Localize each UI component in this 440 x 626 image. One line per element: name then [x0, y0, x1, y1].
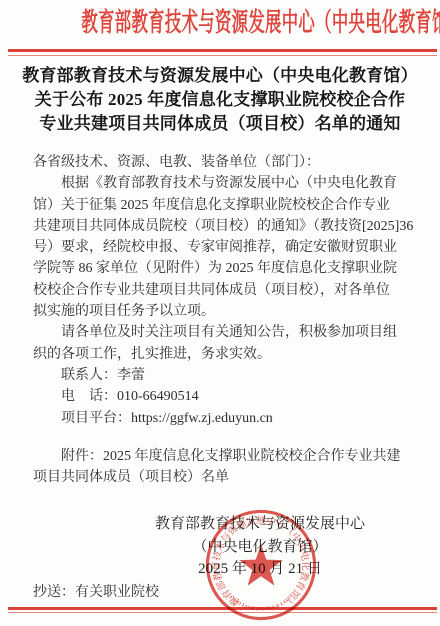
paragraph1-line: 号）要求，经院校申报、专家审阅推荐，确定安徽财贸职业	[33, 237, 412, 258]
letterhead-banner: 教育部教育技术与资源发展中心（中央电化教育馆）函件	[81, 7, 358, 41]
contact-person-line: 联系人：李蕾	[33, 365, 412, 386]
paragraph1-line: 根据《教育部教育技术与资源发展中心（中央电化教育	[33, 173, 412, 194]
paragraph2-line: 织的各项工作，扎实推进，务求实效。	[33, 344, 412, 365]
title-line-1: 教育部教育技术与资源发展中心（中央电化教育馆）	[0, 64, 440, 88]
signature-org-line-2: （中央电化教育馆）	[110, 536, 410, 559]
paragraph1-line: 馆）关于征集 2025 年度信息化支撑职业院校校企合作专业	[33, 195, 412, 216]
document-body: 各省级技术、资源、电教、装备单位（部门）： 根据《教育部教育技术与资源发展中心（…	[33, 152, 412, 488]
seal-code-text: 11010210024187	[227, 594, 295, 612]
signature-date: 2025 年 10 月 21 日	[110, 558, 410, 581]
cc-line: 抄送：有关职业院校	[33, 585, 159, 601]
scanned-document-page: 教育部教育技术与资源发展中心（中央电化教育馆）函件 教育部教育技术与资源发展中心…	[0, 0, 440, 626]
paragraph1-line: 共建项目共同体成员院校（项目校）的通知》（教技资[2025]36	[33, 216, 412, 237]
title-line-2: 关于公布 2025 年度信息化支撑职业院校校企合作	[0, 88, 440, 112]
footer-rule-thick	[8, 607, 437, 610]
title-line-3: 专业共建项目共同体成员（项目校）名单的通知	[0, 112, 440, 136]
paragraph1-line: 校校企合作专业共建项目共同体成员（项目校），对各单位	[33, 280, 412, 301]
footer-rule-thin	[8, 612, 437, 613]
contact-platform-line: 项目平台：https://ggfw.zj.eduyun.cn	[33, 408, 412, 429]
paragraph1-line: 学院等 86 家单位（见附件）为 2025 年度信息化支撑职业院	[33, 258, 412, 279]
contact-phone-line: 电 话：010-66490514	[33, 386, 412, 407]
attachment-line: 项目共同体成员（项目校）名单	[33, 467, 412, 488]
signature-org-line-1: 教育部教育技术与资源发展中心	[110, 513, 410, 536]
attachment-line: 附件：2025 年度信息化支撑职业院校校企合作专业共建	[33, 446, 412, 467]
document-title: 教育部教育技术与资源发展中心（中央电化教育馆） 关于公布 2025 年度信息化支…	[0, 64, 440, 136]
signature-block: 教育部教育技术与资源发展中心 （中央电化教育馆） 2025 年 10 月 21 …	[110, 513, 410, 581]
paragraph2-line: 请各单位及时关注项目有关通知公告，积极参加项目组	[33, 322, 412, 343]
paragraph1-line: 拟实施的项目任务予以立项。	[33, 301, 412, 322]
letterhead-rule-thin	[8, 55, 437, 56]
letterhead-rule-thick	[8, 49, 437, 52]
salutation-line: 各省级技术、资源、电教、装备单位（部门）：	[33, 152, 412, 173]
